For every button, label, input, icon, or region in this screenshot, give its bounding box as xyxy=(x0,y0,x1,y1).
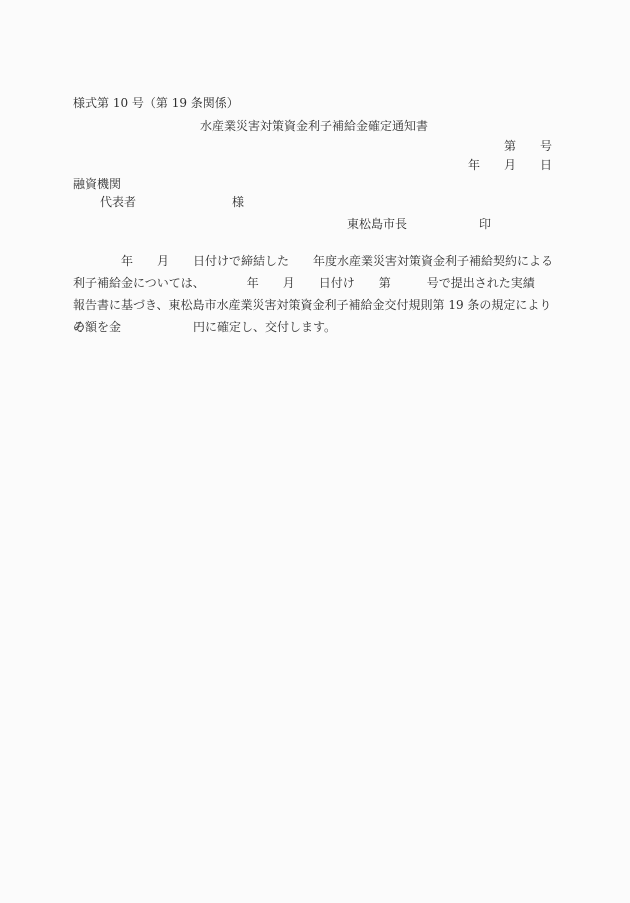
body-line-2: 利子補給金については、 年 月 日付け 第 号で提出された実績 xyxy=(73,272,563,294)
recipient-institution: 融資機関 xyxy=(73,177,121,191)
document-date-line: 年 月 日 xyxy=(468,158,552,172)
body-paragraph: 年 月 日付けで締結した 年度水産業災害対策資金利子補給契約による 利子補給金に… xyxy=(73,250,563,338)
form-number: 様式第 10 号（第 19 条関係） xyxy=(73,96,239,110)
sender-mayor-seal-line: 東松島市長 印 xyxy=(347,217,491,231)
recipient-representative-line: 代表者 様 xyxy=(100,195,244,209)
body-line-1: 年 月 日付けで締結した 年度水産業災害対策資金利子補給契約による xyxy=(73,250,563,272)
document-number-line: 第 号 xyxy=(504,139,552,153)
body-line-4: の額を金 円に確定し、交付します。 xyxy=(73,316,563,338)
document-title: 水産業災害対策資金利子補給金確定通知書 xyxy=(200,119,428,133)
body-line-3: 報告書に基づき、東松島市水産業災害対策資金利子補給金交付規則第 19 条の規定に… xyxy=(73,294,563,316)
document-page: 様式第 10 号（第 19 条関係） 水産業災害対策資金利子補給金確定通知書 第… xyxy=(0,0,630,903)
